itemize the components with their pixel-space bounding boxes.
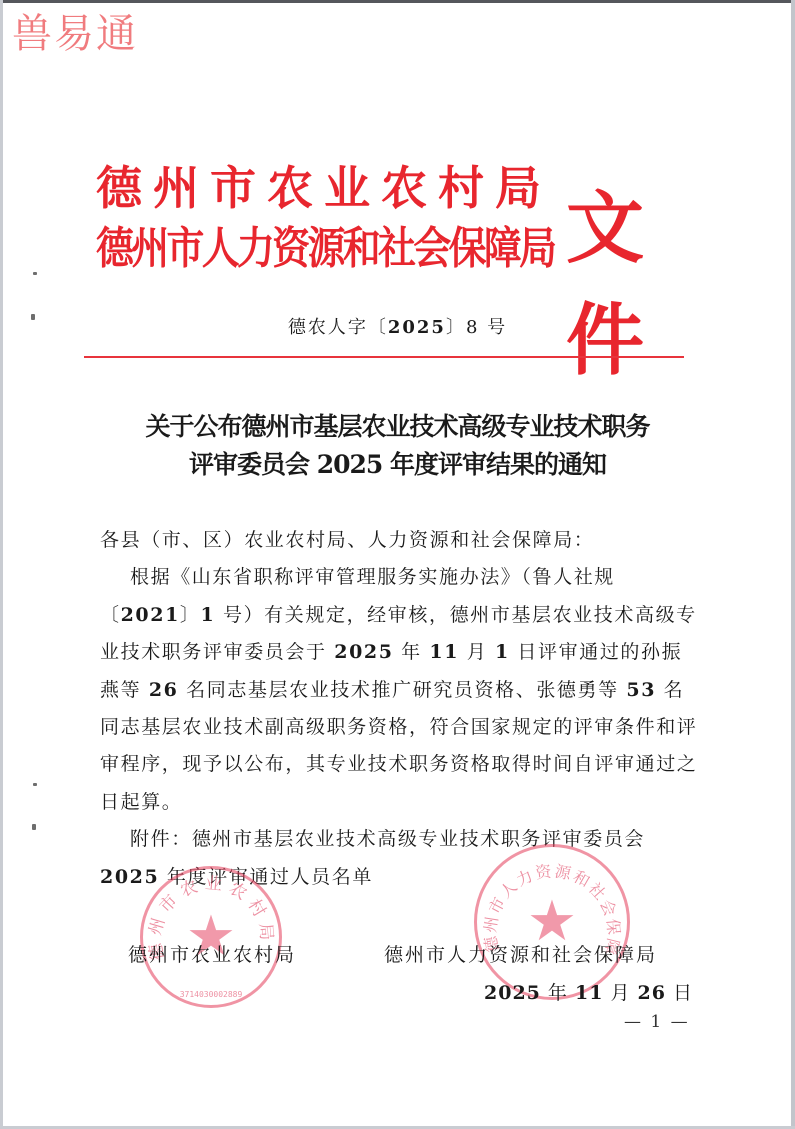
addressee: 各县（市、区）农业农村局、人力资源和社会保障局： xyxy=(100,522,702,559)
scan-frame-left xyxy=(0,0,3,1129)
document-body: 各县（市、区）农业农村局、人力资源和社会保障局： 根据《山东省职称评审管理服务实… xyxy=(130,522,702,896)
document-title: 关于公布德州市基层农业技术高级专业技术职务 评审委员会 2025 年度评审结果的… xyxy=(0,408,795,484)
issuer-hr: 德州市人力资源和社会保障局 xyxy=(96,212,554,276)
official-seal-agriculture: 德州市农业农村局 3714030002889 ★ xyxy=(140,866,282,1008)
page-number: — 1 — xyxy=(624,1012,690,1032)
document-number: 德农人字〔2025〕8 号 xyxy=(0,313,795,339)
signer-agriculture: 德州市农业农村局 xyxy=(128,940,296,967)
watermark: 兽易通 xyxy=(12,2,138,59)
paragraph-run: 名同志基层农业技术推广研究员资格、张德勇等 xyxy=(178,679,626,701)
date-year-char: 年 xyxy=(541,982,575,1004)
doc-number-year: 2025 xyxy=(388,317,446,338)
paragraph-run: 〕 xyxy=(180,604,201,626)
signer-hr: 德州市人力资源和社会保障局 xyxy=(384,940,657,967)
paragraph-run: 53 xyxy=(626,679,656,701)
paragraph-run: 11 xyxy=(429,641,459,663)
attachment-label: 附件： xyxy=(130,828,192,850)
title-line-2: 评审委员会 2025 年度评审结果的通知 xyxy=(0,446,795,484)
signing-date: 2025 年 11 月 26 日 xyxy=(484,978,693,1005)
date-day: 26 xyxy=(638,982,666,1004)
paragraph-run: 26 xyxy=(149,679,179,701)
main-paragraph: 根据《山东省职称评审管理服务实施办法》（鲁人社规〔2021〕1 号）有关规定，经… xyxy=(100,559,702,821)
paragraph-run: 月 xyxy=(459,641,495,663)
scan-speck xyxy=(33,272,37,275)
paragraph-run: 2021 xyxy=(121,604,180,626)
date-day-char: 日 xyxy=(666,982,693,1004)
scan-speck xyxy=(33,783,37,786)
issuer-agriculture: 德州市农业农村局 xyxy=(96,152,552,218)
official-seal-hr: 德州市人力资源和社会保障局 ★ xyxy=(474,844,630,1000)
date-month: 11 xyxy=(575,982,603,1004)
scan-frame-right xyxy=(791,0,795,1129)
scan-speck xyxy=(32,824,36,830)
doc-number-suffix: 〕8 号 xyxy=(446,317,507,338)
paragraph-run: 1 xyxy=(201,604,216,626)
document-header: 德州市农业农村局 德州市人力资源和社会保障局 文件 xyxy=(96,150,716,280)
date-year: 2025 xyxy=(484,982,541,1004)
paragraph-run: 1 xyxy=(495,641,510,663)
red-divider xyxy=(84,356,684,358)
paragraph-run: 2025 xyxy=(334,641,393,663)
title-line-1: 关于公布德州市基层农业技术高级专业技术职务 xyxy=(0,408,795,446)
svg-text:3714030002889: 3714030002889 xyxy=(180,990,243,999)
paragraph-run: 年 xyxy=(394,641,430,663)
doc-number-prefix: 德农人字〔 xyxy=(288,317,388,338)
date-month-char: 月 xyxy=(603,982,637,1004)
